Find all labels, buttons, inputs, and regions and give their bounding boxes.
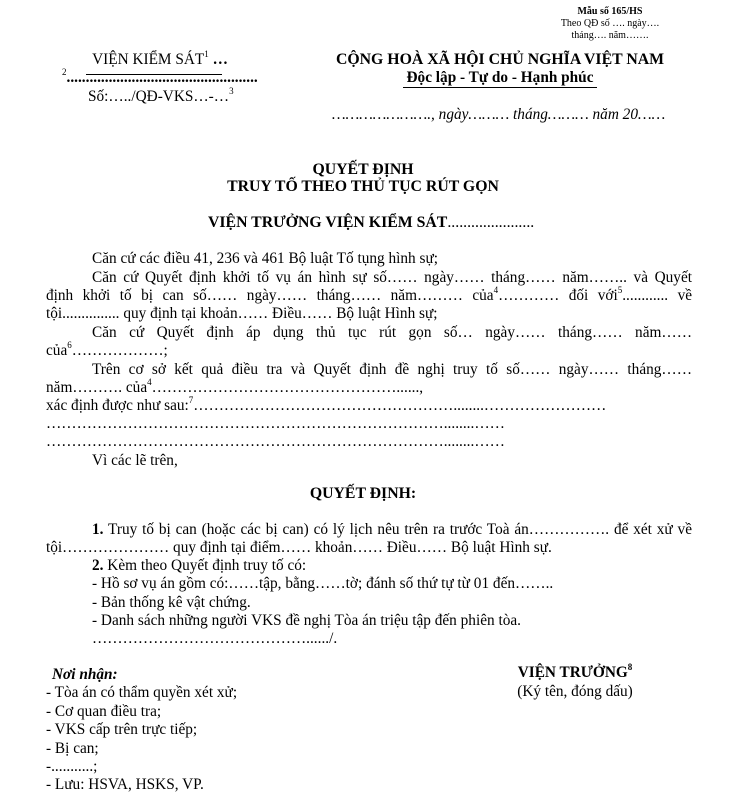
text-span: ............ về: [622, 287, 692, 304]
agency-sub: 2.......................................…: [62, 69, 258, 87]
basis-paragraph-4-line3: xác định được như sau:7………………………………………………: [46, 397, 692, 415]
text-span: của: [46, 342, 67, 359]
footnote-4: 4: [494, 285, 499, 295]
decision-heading: QUYẾT ĐỊNH:: [40, 485, 686, 503]
footnote-8: 8: [628, 662, 633, 672]
basis-paragraph-1: Căn cứ các điều 41, 236 và 461 Bộ luật T…: [46, 250, 692, 268]
footnote-7: 7: [189, 395, 194, 405]
basis-paragraph-2-line2: định khởi tố bị can số…… ngày…… tháng…… …: [46, 287, 692, 305]
recipient-item: - VKS cấp trên trực tiếp;: [46, 721, 197, 739]
basis-paragraph-4-line4: ……………………………………………………………………........……: [46, 415, 692, 433]
text-span: Kèm theo Quyết định truy tố có:: [103, 557, 306, 574]
text-span: ……………………………………………........……………………: [193, 397, 606, 414]
recipient-item: - Tòa án có thẩm quyền xét xử;: [46, 684, 237, 702]
footnote-2: 2: [62, 67, 67, 77]
basis-paragraph-2-line3: tội............... quy định tại khoản…… …: [46, 305, 692, 323]
agency-name: VIỆN KIỂM SÁT1 …: [40, 51, 280, 69]
text-span: …………………………………………......,: [152, 379, 424, 396]
recipient-item: - Lưu: HSVA, HSKS, VP.: [46, 776, 204, 794]
form-id: Mẫu số 165/HS Theo QĐ số …. ngày…. tháng…: [520, 6, 700, 42]
item-number: 1.: [92, 521, 103, 538]
text-span: ………… đối với: [498, 287, 618, 304]
form-id-line2: Theo QĐ số …. ngày….: [520, 18, 700, 30]
text-span: Truy tố bị can (hoặc các bị can) có lý l…: [103, 521, 692, 538]
authority-dots: ......................: [447, 214, 534, 231]
recipient-item: - Cơ quan điều tra;: [46, 703, 161, 721]
agency-underline: [86, 74, 222, 75]
text-span: năm………. của: [46, 379, 147, 396]
authority: VIỆN TRƯỞNG VIỆN KIỂM SÁT...............…: [208, 214, 534, 232]
attachment-item: - Bản thống kê vật chứng.: [46, 594, 692, 612]
footnote-5: 5: [618, 285, 623, 295]
basis-paragraph-4-line2: năm………. của4…………………………………………......,: [46, 379, 692, 397]
attachment-item: ……………………………………....../.: [46, 630, 692, 648]
basis-paragraph-4-line5: ……………………………………………………………………........……: [46, 433, 692, 451]
nation-title: CỘNG HOÀ XÃ HỘI CHỦ NGHĨA VIỆT NAM: [320, 51, 680, 69]
motto-text: Độc lập - Tự do - Hạnh phúc: [403, 69, 598, 88]
agency-tail: …: [209, 51, 228, 68]
signature-title: VIỆN TRƯỞNG8: [485, 664, 665, 682]
agency-sub-dots: ........................................…: [67, 69, 258, 86]
footnote-4: 4: [147, 377, 152, 387]
recipient-item: -...........;: [46, 758, 97, 776]
doc-title-line2: TRUY TỐ THEO THỦ TỤC RÚT GỌN: [40, 178, 686, 196]
attachment-item: - Danh sách những người VKS đề nghị Tòa …: [46, 612, 692, 630]
basis-paragraph-2-line1: Căn cứ Quyết định khởi tố vụ án hình sự …: [46, 269, 692, 287]
footnote-3: 3: [229, 86, 234, 96]
agency-label: VIỆN KIỂM SÁT: [92, 51, 204, 68]
date-line: …………………., ngày……… tháng……… năm 20……: [332, 106, 665, 124]
decision-item-2: 2. Kèm theo Quyết định truy tố có:: [46, 557, 692, 575]
text-span: xác định được như sau:: [46, 397, 189, 414]
footnote-1: 1: [204, 49, 209, 59]
attachment-item: - Hồ sơ vụ án gồm có:……tập, bằng……tờ; đá…: [46, 575, 692, 593]
motto: Độc lập - Tự do - Hạnh phúc: [320, 69, 680, 87]
recipients-heading: Nơi nhận:: [52, 666, 118, 684]
signature-title-text: VIỆN TRƯỞNG: [518, 664, 628, 681]
text-span: định khởi tố bị can số…… ngày…… tháng…… …: [46, 287, 494, 304]
signature-note: (Ký tên, đóng dấu): [485, 683, 665, 701]
item-number: 2.: [92, 557, 103, 574]
document-number-text: Số:…../QĐ-VKS…-…: [88, 88, 229, 105]
document-number: Số:…../QĐ-VKS…-…3: [88, 88, 234, 106]
authority-text: VIỆN TRƯỞNG VIỆN KIỂM SÁT: [208, 214, 447, 231]
therefore-line: Vì các lẽ trên,: [46, 452, 692, 470]
recipient-item: - Bị can;: [46, 740, 99, 758]
decision-item-1-line1: 1. Truy tố bị can (hoặc các bị can) có l…: [46, 521, 692, 539]
doc-title-line1: QUYẾT ĐỊNH: [40, 161, 686, 179]
text-span: ………………;: [72, 342, 168, 359]
form-id-line3: tháng…. năm…….: [520, 30, 700, 42]
footnote-6: 6: [67, 340, 72, 350]
decision-item-1-line2: tội………………… quy định tại điểm…… khoản…… Đ…: [46, 539, 692, 557]
basis-paragraph-4-line1: Trên cơ sở kết quả điều tra và Quyết địn…: [46, 361, 692, 379]
basis-paragraph-3-line2: của6………………;: [46, 342, 692, 360]
form-id-title: Mẫu số 165/HS: [520, 6, 700, 18]
basis-paragraph-3-line1: Căn cứ Quyết định áp dụng thủ tục rút gọ…: [46, 324, 692, 342]
